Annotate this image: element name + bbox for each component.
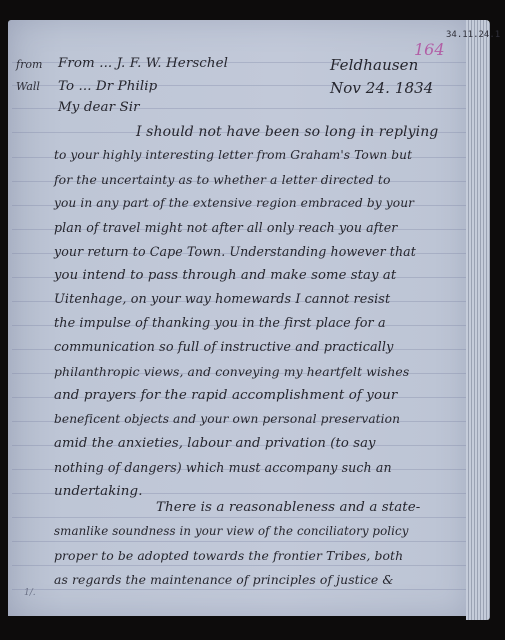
body-line: philanthropic views, and conveying my he… bbox=[54, 364, 409, 379]
body-line: as regards the maintenance of principles… bbox=[54, 572, 393, 587]
letter-date: Nov 24. 1834 bbox=[330, 79, 433, 97]
body-line: Uitenhage, on your way homewards I canno… bbox=[54, 292, 390, 307]
body-line: I should not have been so long in replyi… bbox=[136, 124, 438, 140]
body-line: nothing of dangers) which must accompany… bbox=[54, 460, 392, 475]
margin-note: from bbox=[16, 58, 42, 71]
ruled-line bbox=[12, 517, 466, 518]
ruled-line bbox=[12, 589, 466, 590]
body-line: undertaking. bbox=[54, 484, 143, 499]
body-line: the impulse of thanking you in the first… bbox=[54, 316, 386, 331]
body-line: There is a reasonableness and a state- bbox=[156, 500, 420, 515]
salutation: My dear Sir bbox=[58, 100, 140, 115]
page-edge-stack bbox=[466, 20, 490, 620]
body-line: smanlike soundness in your view of the c… bbox=[54, 524, 409, 538]
body-line: you intend to pass through and make some… bbox=[54, 268, 396, 283]
body-line: you in any part of the extensive region … bbox=[54, 196, 414, 210]
body-line: proper to be adopted towards the frontie… bbox=[54, 548, 403, 563]
margin-mark: 1/. bbox=[24, 588, 36, 598]
body-line: beneficent objects and your own personal… bbox=[54, 412, 400, 426]
body-line: plan of travel might not after all only … bbox=[54, 220, 397, 235]
body-line: amid the anxieties, labour and privation… bbox=[54, 436, 376, 451]
reference-number: 34.11.24.1 bbox=[446, 30, 500, 40]
ruled-line bbox=[12, 541, 466, 542]
body-line: for the uncertainty as to whether a lett… bbox=[54, 172, 391, 187]
margin-note: Wall bbox=[16, 80, 40, 93]
to-line: To ... Dr Philip bbox=[58, 79, 157, 94]
from-line: From ... J. F. W. Herschel bbox=[58, 56, 228, 71]
body-line: to your highly interesting letter from G… bbox=[54, 148, 412, 162]
ruled-line bbox=[12, 565, 466, 566]
letter-place: Feldhausen bbox=[330, 56, 418, 74]
body-line: communication so full of instructive and… bbox=[54, 340, 393, 355]
body-line: your return to Cape Town. Understanding … bbox=[54, 244, 416, 259]
body-line: and prayers for the rapid accomplishment… bbox=[54, 388, 397, 403]
folio-number: 164 bbox=[414, 40, 445, 59]
